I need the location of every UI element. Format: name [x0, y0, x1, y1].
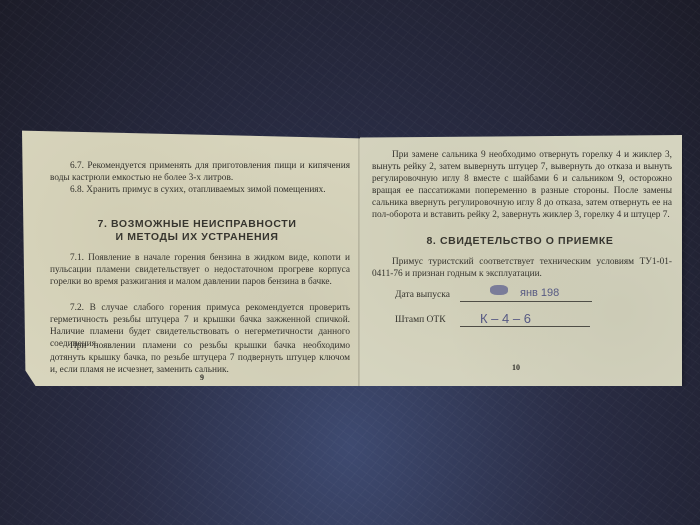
paragraph-6-7: 6.7. Рекомендуется применять для пригото…	[50, 160, 350, 184]
otk-stamp: К – 4 – 6	[480, 311, 531, 326]
release-date-label: Дата выпуска	[395, 290, 450, 300]
page-number-10: 10	[512, 363, 520, 372]
paragraph-gasket-replacement: При замене сальника 9 необходимо отверну…	[372, 149, 672, 221]
booklet-page-9: 6.7. Рекомендуется применять для пригото…	[22, 128, 360, 386]
acceptance-text: Примус туристский соответствует техничес…	[372, 256, 672, 280]
paragraph-7-3: При появлении пламени со резьбы крышки б…	[50, 340, 350, 376]
release-date-line	[460, 301, 592, 302]
ink-stamp-mark	[490, 285, 508, 295]
release-date-stamp: янв 198	[520, 287, 559, 299]
otk-stamp-line	[460, 326, 590, 327]
booklet-page-10: При замене сальника 9 необходимо отверну…	[360, 135, 682, 386]
section-8-title: 8. СВИДЕТЕЛЬСТВО О ПРИЕМКЕ	[370, 235, 670, 248]
page-number-9: 9	[200, 373, 204, 382]
otk-stamp-label: Штамп ОТК	[395, 315, 446, 325]
section-7-title-line1: 7. ВОЗМОЖНЫЕ НЕИСПРАВНОСТИ	[42, 218, 352, 231]
paragraph-7-1: 7.1. Появление в начале горения бензина …	[50, 252, 350, 288]
paragraph-6-8: 6.8. Хранить примус в сухих, отапливаемы…	[50, 184, 350, 196]
section-7-title-line2: И МЕТОДЫ ИХ УСТРАНЕНИЯ	[42, 231, 352, 244]
